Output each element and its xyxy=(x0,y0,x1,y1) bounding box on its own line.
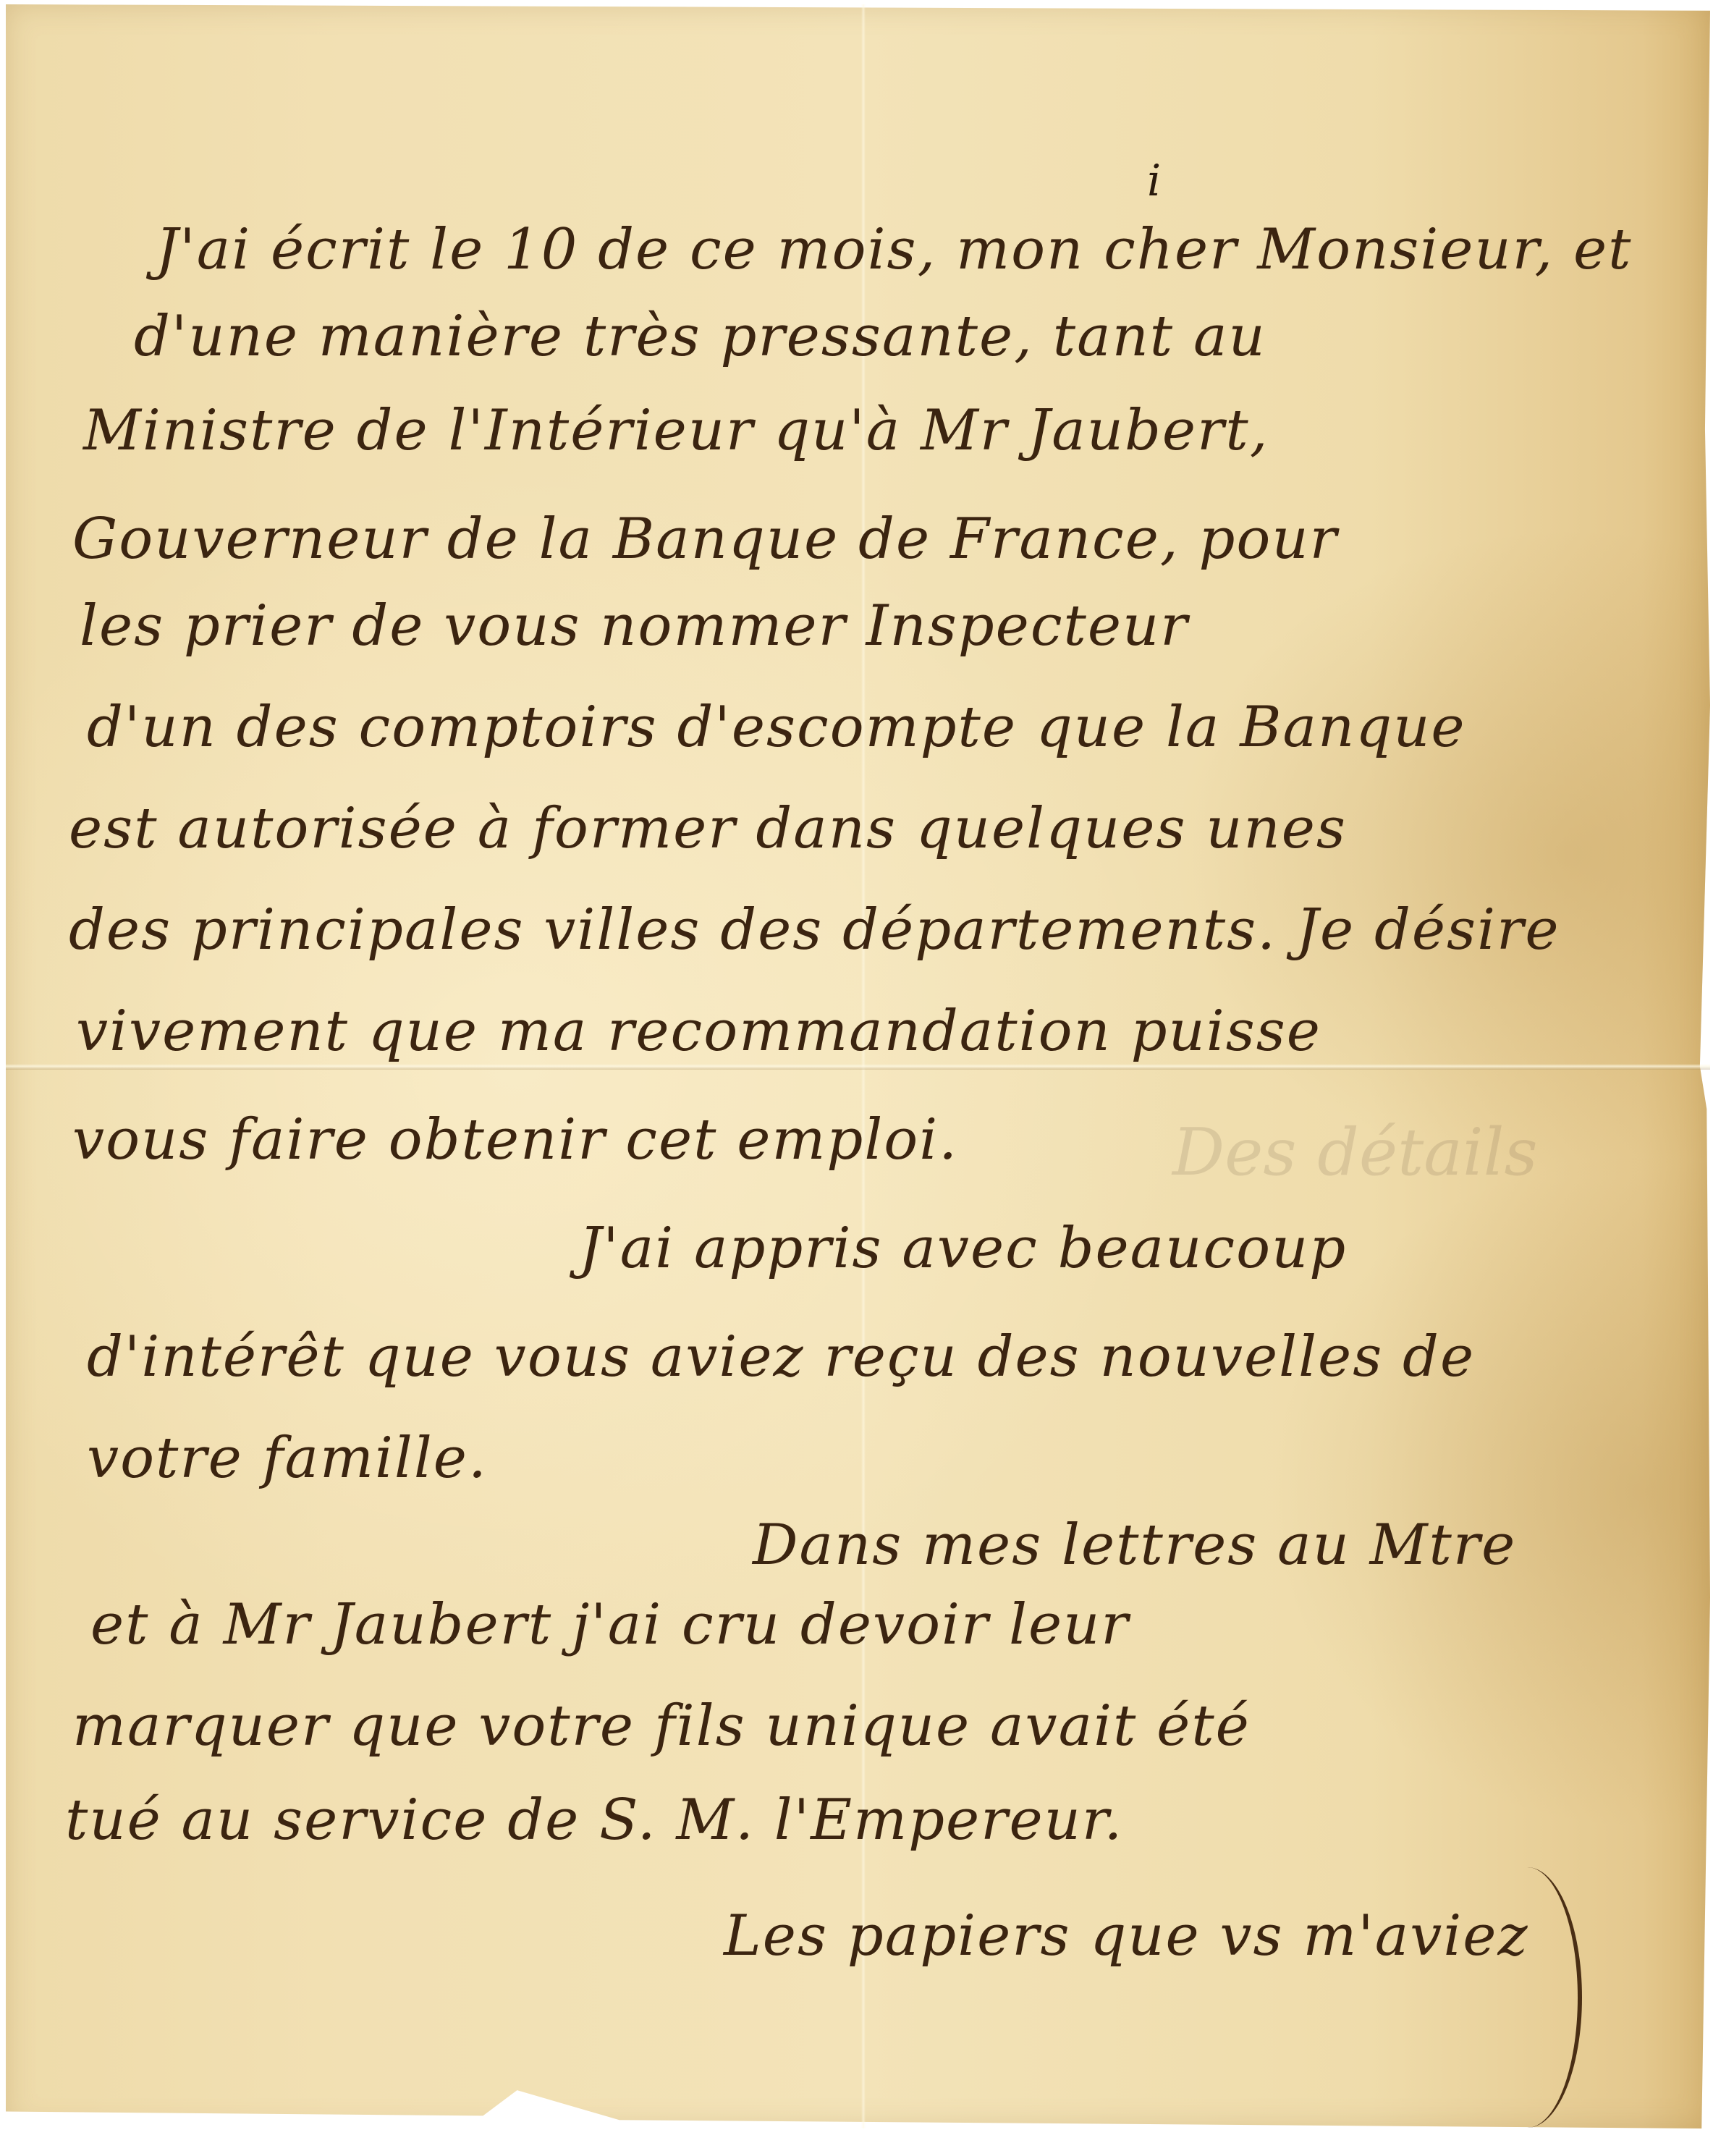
letter-line: Ministre de l'Intérieur qu'à Mr Jaubert, xyxy=(83,398,1269,463)
letter-line: Les papiers que vs m'aviez xyxy=(724,1903,1529,1969)
horizontal-fold-crease xyxy=(6,1064,1710,1070)
letter-line: et à Mr Jaubert j'ai cru devoir leur xyxy=(90,1592,1130,1657)
bleed-through-line: Des détails xyxy=(1172,1115,1538,1191)
letter-line: votre famille. xyxy=(87,1426,488,1491)
letter-line: J'ai écrit le 10 de ce mois, mon cher Mo… xyxy=(156,217,1632,282)
letter-line: marquer que votre fils unique avait été xyxy=(72,1694,1251,1759)
letter-line: d'intérêt que vous aviez reçu des nouvel… xyxy=(87,1324,1475,1390)
letter-line: des principales villes des départements.… xyxy=(69,897,1560,963)
letter-line: est autorisée à former dans quelques une… xyxy=(69,796,1347,861)
letter-line: J'ai appris avec beaucoup xyxy=(579,1216,1347,1281)
letter-line: Dans mes lettres au Mtre xyxy=(753,1513,1516,1578)
letter-line: tué au service de S. M. l'Empereur. xyxy=(65,1788,1123,1853)
letter-line: vous faire obtenir cet emploi. xyxy=(72,1107,958,1172)
letter-line: d'un des comptoirs d'escompte que la Ban… xyxy=(87,695,1466,760)
letter-line: les prier de vous nommer Inspecteur xyxy=(80,593,1189,659)
letter-line: vivement que ma recommandation puisse xyxy=(76,999,1321,1064)
letter-line: d'une manière très pressante, tant au xyxy=(134,304,1266,369)
letter-line: Gouverneur de la Banque de France, pour xyxy=(72,507,1338,572)
page-number: i xyxy=(1147,156,1161,206)
